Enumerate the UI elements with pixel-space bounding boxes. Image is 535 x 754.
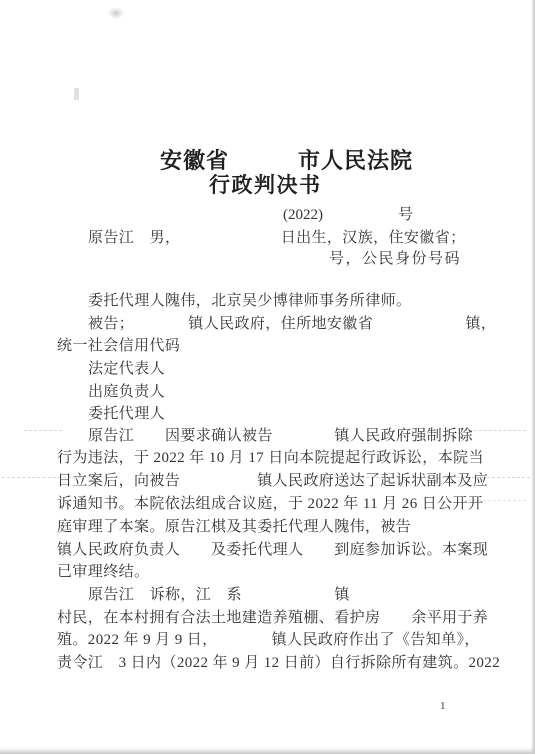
case-number: (2022) 号	[283, 203, 413, 224]
page-edge-shadow	[531, 0, 535, 754]
text-line: 责令江 3 日内（2022 年 9 月 12 日前）自行拆除所有建筑。2022	[57, 655, 500, 672]
scan-smudge	[74, 88, 79, 100]
text-line: 村民，在本村拥有合法土地建造养殖棚、看护房 余平用于养	[57, 610, 488, 627]
text-line: 原告江 男， 日出生，汉族，住安徽省；	[88, 230, 466, 247]
text-line: 委托代理人隗伟，北京吴少博律师事务所律师。	[88, 293, 411, 310]
page-number: 1	[440, 700, 446, 712]
text-line: 号，公民身份号码	[329, 251, 461, 268]
text-line: 法定代表人	[88, 361, 165, 378]
text-line: 庭审理了本案。原告江棋及其委托代理人隗伟，被告	[57, 519, 411, 536]
document-type-title: 行政判决书	[209, 169, 322, 199]
text-line: 出庭负责人	[88, 384, 165, 401]
text-line: 原告江 因要求确认被告 镇人民政府强制拆除	[88, 428, 473, 445]
page-edge-shadow	[0, 748, 535, 754]
text-line: 诉通知书。本院依法组成合议庭，于 2022 年 11 月 26 日公开开	[57, 496, 483, 513]
scan-dash-artifact	[24, 430, 62, 431]
text-line: 已审理终结。	[57, 564, 149, 581]
scan-dash-artifact	[464, 430, 526, 431]
judgment-document-page: 安徽省 市人民法院 行政判决书 (2022) 号 原告江 男， 日出生，汉族，住…	[0, 0, 535, 754]
text-line: 委托代理人	[88, 406, 165, 423]
text-line: 殖。2022 年 9 月 9 日， 镇人民政府作出了《告知单》，	[57, 632, 480, 649]
scan-smudge	[108, 7, 124, 19]
text-line: 原告江 诉称，江 系 镇	[88, 587, 350, 604]
text-line: 镇人民政府负责人 及委托代理人 到庭参加诉讼。本案现	[57, 542, 488, 559]
text-line: 日立案后，向被告 镇人民政府送达了起诉状副本及应	[57, 473, 488, 490]
text-line: 统一社会信用代码	[57, 338, 180, 355]
text-line: 行为违法，于 2022 年 10 月 17 日向本院提起行政诉讼，本院当	[57, 450, 484, 467]
text-line: 被告； 镇人民政府，住所地安徽省 镇，	[88, 316, 496, 333]
